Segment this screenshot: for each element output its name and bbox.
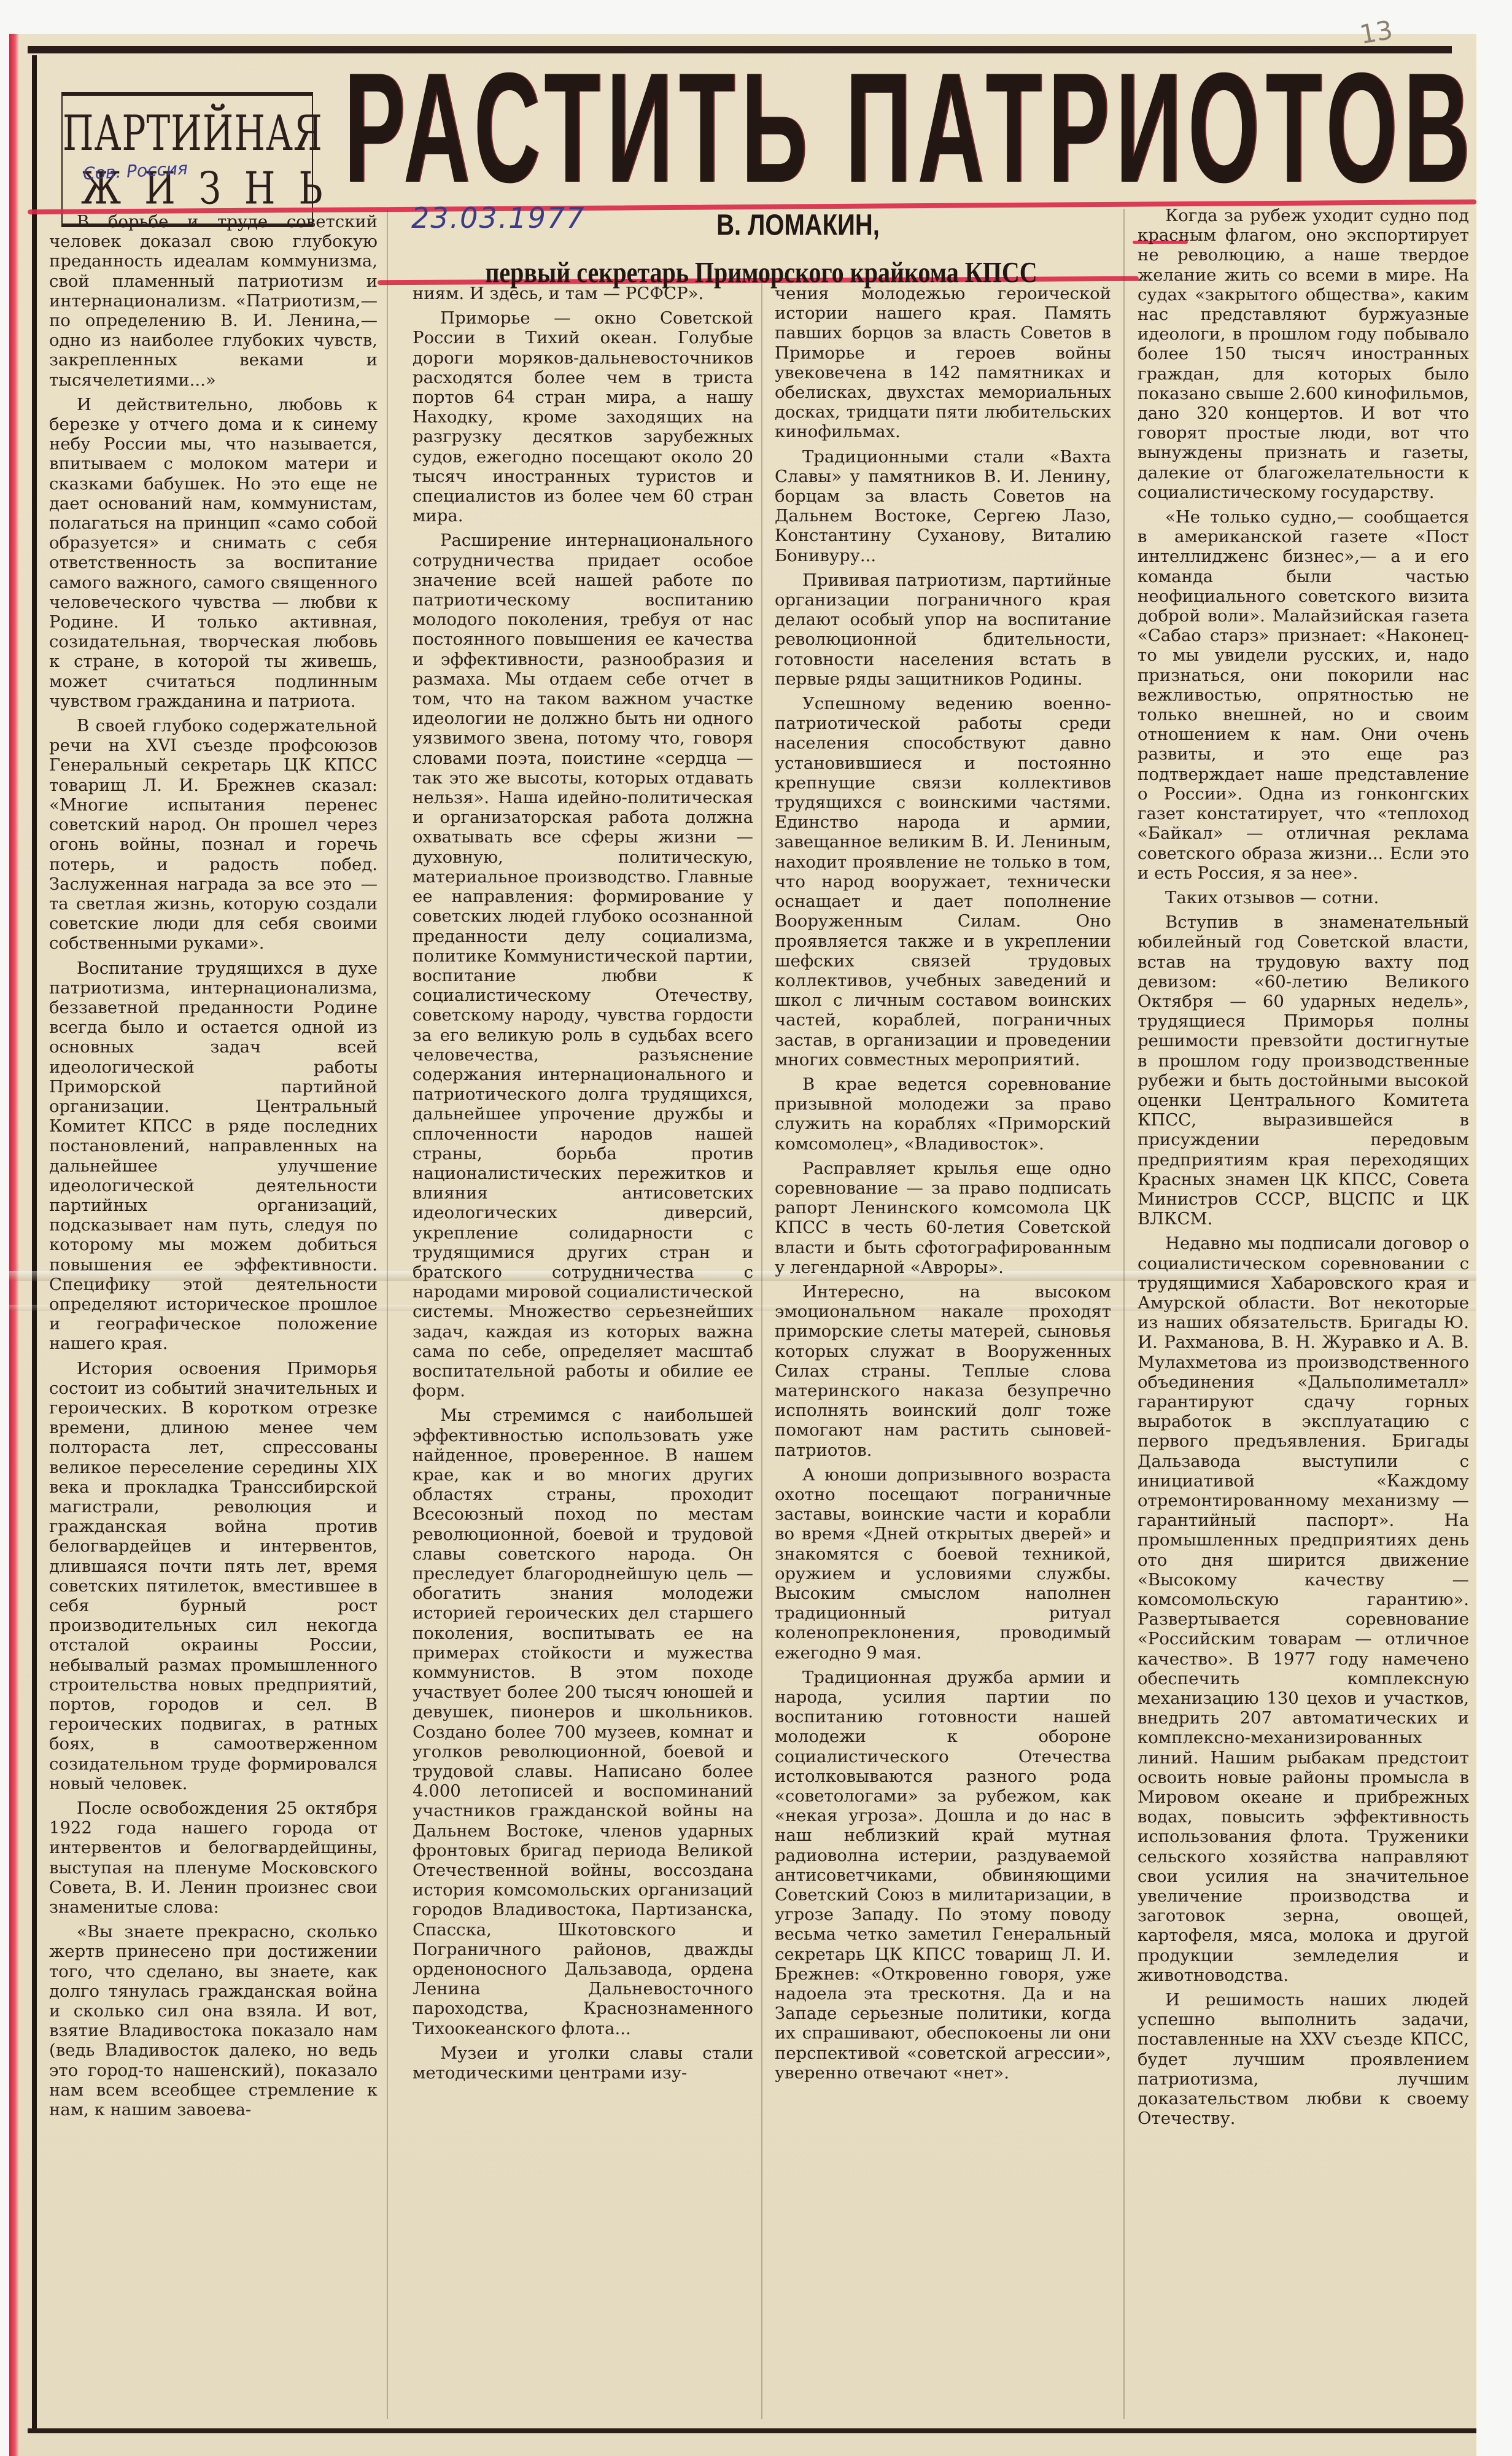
article-paragraph: «Не только судно,— сообщается в американ…	[1138, 507, 1469, 883]
handwritten-page-number: 13	[1357, 15, 1395, 50]
article-column-2: ниям. И здесь, и там — РСФСР».Приморье —…	[413, 284, 753, 2088]
rubric-line-1: ПАРТИЙНАЯ	[63, 105, 312, 161]
article-column-3: чения молодежью героической истории наше…	[775, 284, 1111, 2088]
article-paragraph: Прививая патриотизм, партийные организац…	[775, 570, 1111, 689]
column-divider	[761, 282, 762, 2419]
article-paragraph: Расправляет крылья еще одно соревнование…	[775, 1159, 1111, 1277]
article-paragraph: В борьбе и труде советский человек доказ…	[49, 212, 378, 390]
article-paragraph: И действительно, любовь к березке у отче…	[49, 395, 378, 711]
article-paragraph: В своей глубоко содержательной речи на X…	[49, 716, 378, 953]
author-byline: В. ЛОМАКИН, первый секретарь Приморского…	[393, 212, 1130, 287]
article-column-1: В борьбе и труде советский человек доказ…	[49, 212, 378, 2124]
article-paragraph: И решимость наших людей успешно выполнит…	[1138, 1990, 1469, 2128]
article-paragraph: Воспитание трудящихся в духе патриотизма…	[49, 958, 378, 1354]
article-paragraph: После освобождения 25 октября 1922 года …	[49, 1798, 378, 1917]
article-paragraph: В крае ведется соревнование призывной мо…	[775, 1074, 1111, 1154]
column-divider	[1123, 209, 1125, 2419]
column-divider	[387, 209, 388, 2419]
article-paragraph: Таких отзывов — сотни.	[1138, 888, 1469, 907]
article-paragraph: А юноши допризывного возраста охотно пос…	[775, 1465, 1111, 1663]
red-margin-stripe	[9, 34, 19, 2456]
article-paragraph: Мы стремимся с наибольшей эффективностью…	[413, 1405, 753, 2038]
article-paragraph: Интересно, на высоком эмоциональном нака…	[775, 1282, 1111, 1460]
article-paragraph: Недавно мы подписали договор о социалист…	[1138, 1234, 1469, 1985]
bottom-rule	[28, 2428, 1476, 2433]
article-paragraph: Традиционная дружба армии и народа, усил…	[775, 1668, 1111, 2083]
article-paragraph: Расширение интернационального сотрудниче…	[413, 530, 753, 1401]
article-paragraph: Музеи и уголки славы стали методическими…	[413, 2043, 753, 2083]
article-paragraph: Приморье — окно Советской России в Тихий…	[413, 308, 753, 526]
article-paragraph: «Вы знаете прекрасно, сколько жертв прин…	[49, 1922, 378, 2120]
article-paragraph: История освоения Приморья состоит из соб…	[49, 1359, 378, 1793]
left-rule	[32, 55, 37, 2431]
article-column-4: Когда за рубеж уходит судно под красным …	[1138, 206, 1469, 2134]
article-paragraph: Вступив в знаменательный юбилейный год С…	[1138, 912, 1469, 1229]
article-paragraph: Когда за рубеж уходит судно под красным …	[1138, 206, 1469, 502]
article-paragraph: Традиционными стали «Вахта Славы» у памя…	[775, 447, 1111, 565]
article-paragraph: ниям. И здесь, и там — РСФСР».	[413, 284, 753, 303]
article-paragraph: Успешному ведению военно-патриотической …	[775, 694, 1111, 1070]
article-paragraph: чения молодежью героической истории наше…	[775, 284, 1111, 442]
author-name: В. ЛОМАКИН,	[467, 209, 1130, 243]
